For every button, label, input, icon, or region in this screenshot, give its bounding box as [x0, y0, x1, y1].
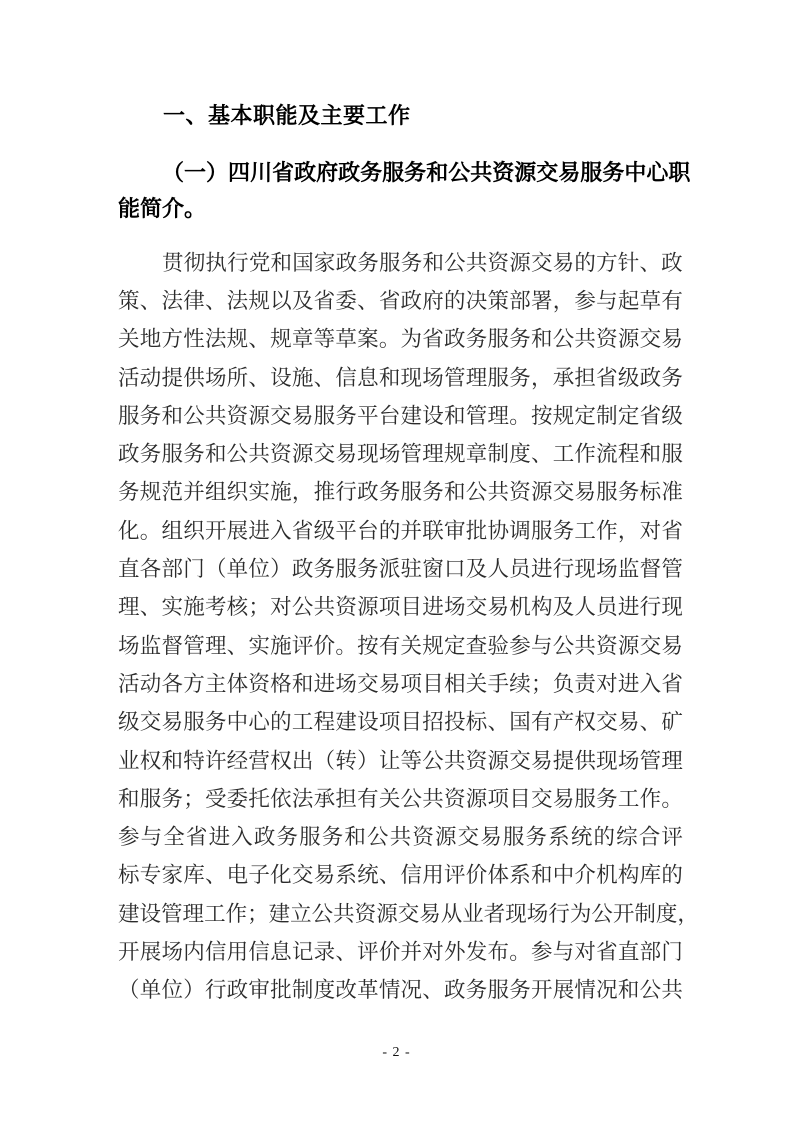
body-line: 化。组织开展进入省级平台的并联审批协调服务工作，对省 — [118, 510, 683, 548]
body-line: 参与全省进入政务服务和公共资源交易服务系统的综合评 — [118, 816, 683, 854]
body-line: 理、实施考核；对公共资源项目进场交易机构及人员进行现 — [118, 587, 683, 625]
body-line: 标专家库、电子化交易系统、信用评价体系和中介机构库的 — [118, 855, 683, 893]
body-line: 级交易服务中心的工程建设项目招投标、国有产权交易、矿 — [118, 702, 683, 740]
body-line: 务规范并组织实施，推行政务服务和公共资源交易服务标准 — [118, 472, 683, 510]
body-line: 和服务；受委托依法承担有关公共资源项目交易服务工作。 — [118, 778, 683, 816]
body-line: 贯彻执行党和国家政务服务和公共资源交易的方针、政 — [118, 242, 683, 280]
body-line: 建设管理工作；建立公共资源交易从业者现场行为公开制度， — [118, 893, 698, 931]
body-line: 活动提供场所、设施、信息和现场管理服务，承担省级政务 — [118, 357, 683, 395]
body-line: 政务服务和公共资源交易现场管理规章制度、工作流程和服 — [118, 433, 683, 471]
subsection-heading-line1: （一）四川省政府政务服务和公共资源交易服务中心职 — [118, 152, 683, 190]
document-page: 一、基本职能及主要工作 （一）四川省政府政务服务和公共资源交易服务中心职 能简介… — [0, 0, 793, 1122]
body-line: 直各部门（单位）政务服务派驻窗口及人员进行现场监督管 — [118, 548, 683, 586]
body-line: 活动各方主体资格和进场交易项目相关手续；负责对进入省 — [118, 663, 683, 701]
body-paragraph: 贯彻执行党和国家政务服务和公共资源交易的方针、政 策、法律、法规以及省委、省政府… — [118, 242, 683, 1008]
body-line: 业权和特许经营权出（转）让等公共资源交易提供现场管理 — [118, 740, 683, 778]
body-line: 策、法律、法规以及省委、省政府的决策部署，参与起草有 — [118, 280, 683, 318]
subsection-heading: （一）四川省政府政务服务和公共资源交易服务中心职 能简介。 — [118, 152, 683, 228]
subsection-heading-line2: 能简介。 — [118, 190, 683, 228]
body-line: 服务和公共资源交易服务平台建设和管理。按规定制定省级 — [118, 395, 683, 433]
body-line: 场监督管理、实施评价。按有关规定查验参与公共资源交易 — [118, 625, 683, 663]
body-line: 关地方性法规、规章等草案。为省政务服务和公共资源交易 — [118, 319, 683, 357]
body-line: 开展场内信用信息记录、评价并对外发布。参与对省直部门 — [118, 931, 683, 969]
section-heading: 一、基本职能及主要工作 — [163, 103, 411, 129]
page-number: - 2 - — [0, 1044, 793, 1062]
body-line: （单位）行政审批制度改革情况、政务服务开展情况和公共 — [118, 970, 683, 1008]
